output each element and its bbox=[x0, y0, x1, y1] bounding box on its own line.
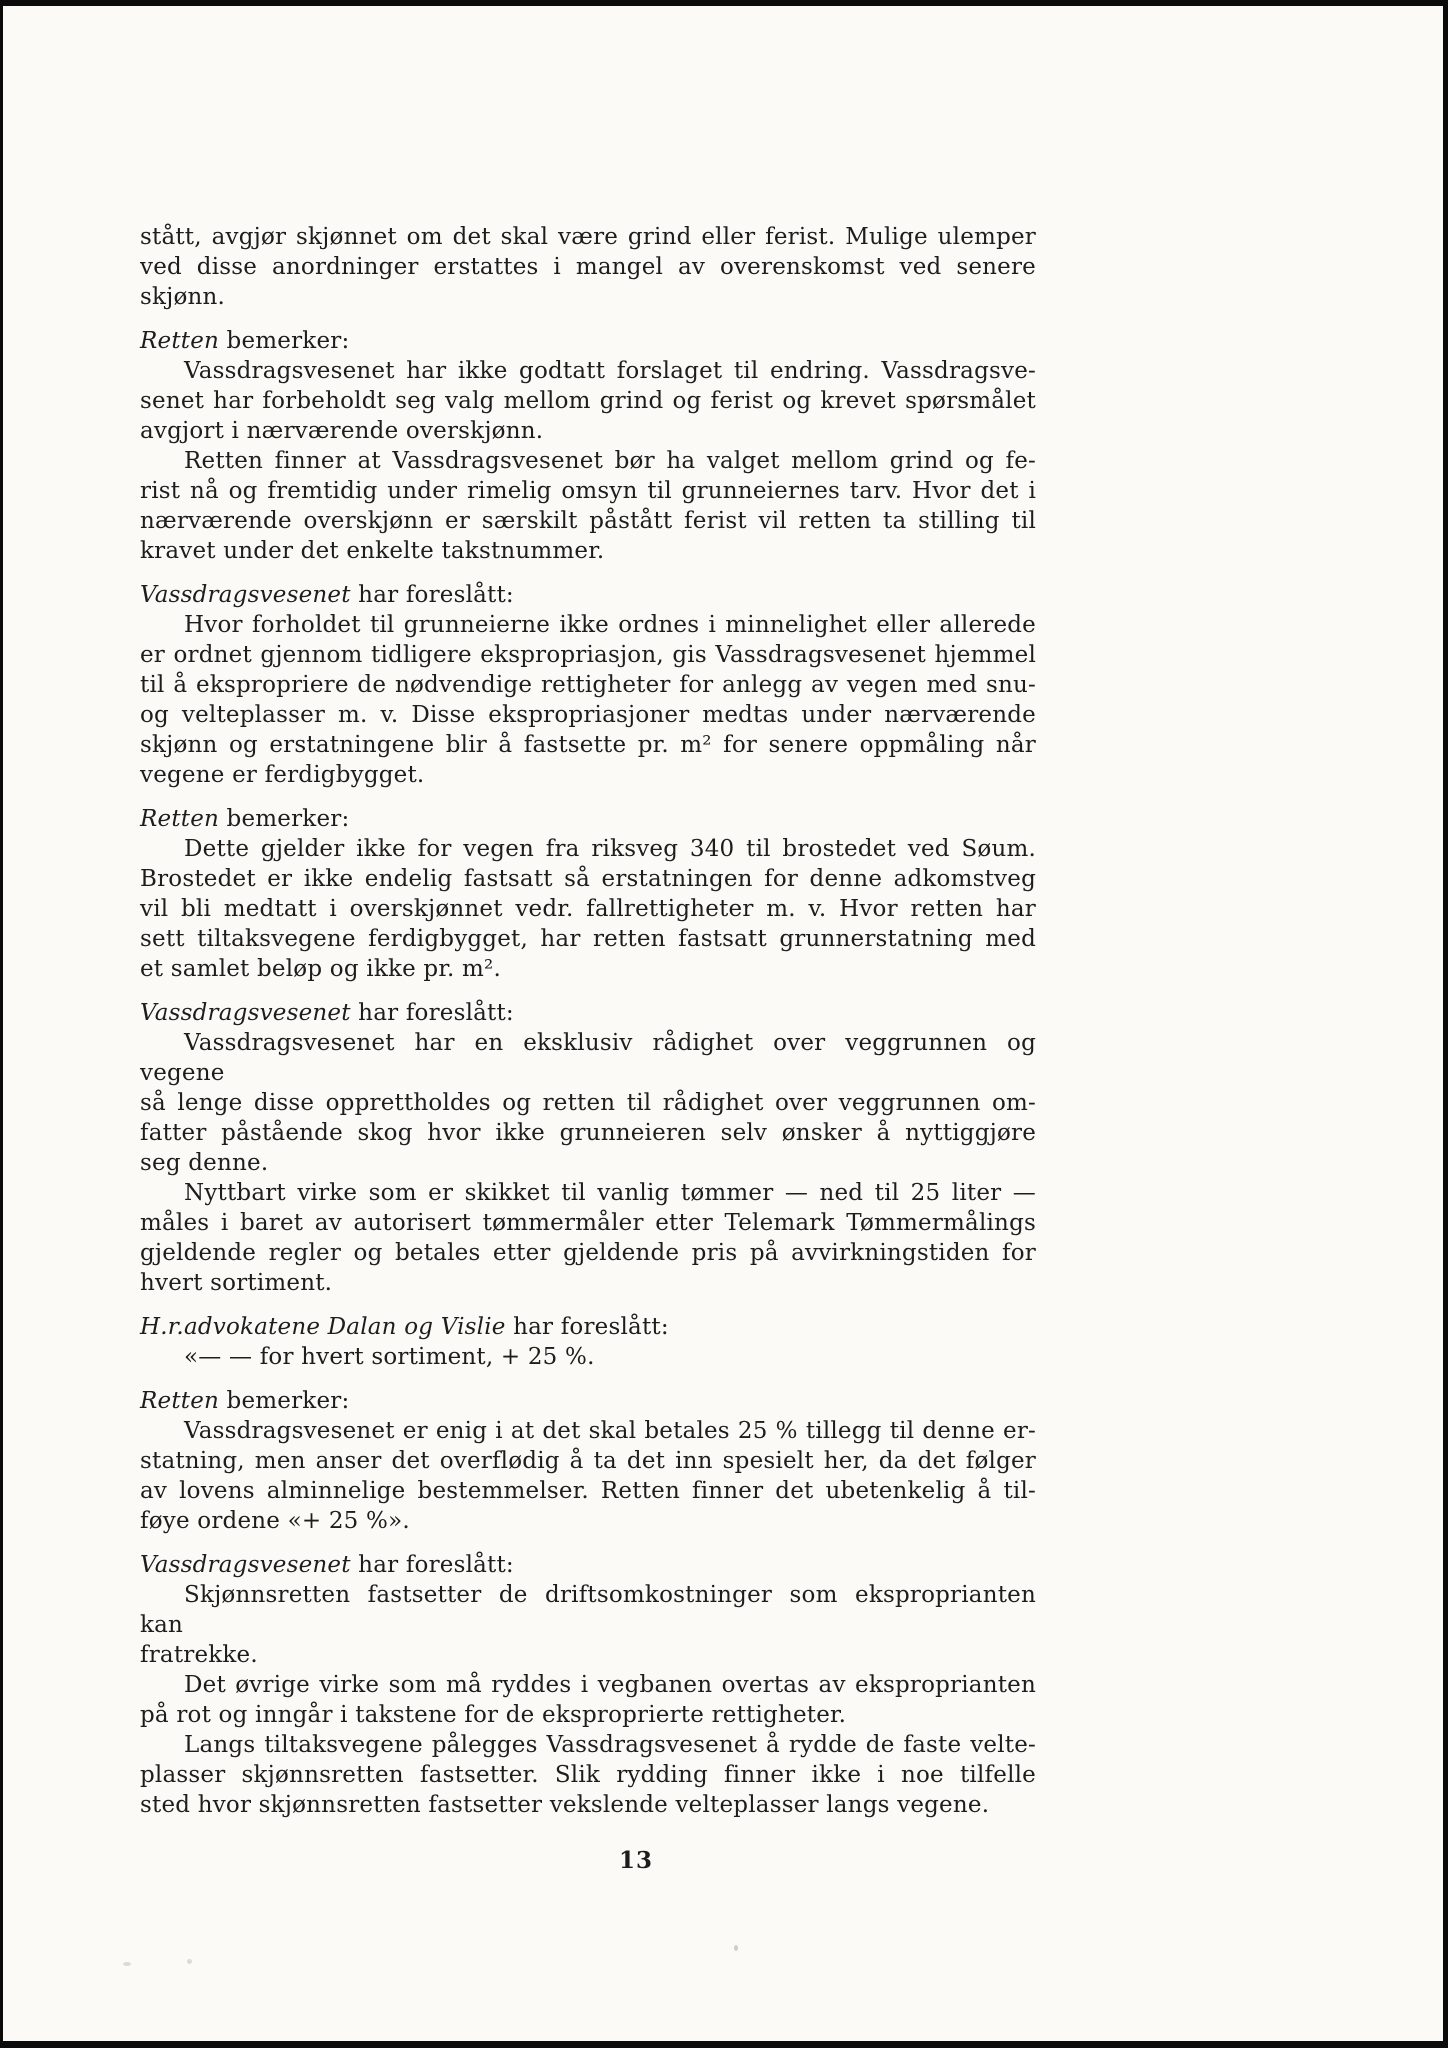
paragraph: Dette gjelder ikke for vegen fra riksveg… bbox=[140, 834, 1036, 984]
heading-verb: har foreslått: bbox=[351, 1000, 514, 1026]
text-line: Vassdragsvesenet har ikke godtatt forsla… bbox=[140, 356, 1036, 386]
scan-speck bbox=[187, 1959, 192, 1964]
text-line: er ordnet gjennom tidligere ekspropriasj… bbox=[140, 640, 1036, 670]
paragraph: Det øvrige virke som må ryddes i vegbane… bbox=[140, 1670, 1036, 1730]
text-line: avgjort i nærværende overskjønn. bbox=[140, 416, 1036, 446]
paragraph: Hvor forholdet til grunneierne ikke ordn… bbox=[140, 610, 1036, 790]
text-line: Langs tiltaksvegene pålegges Vassdragsve… bbox=[140, 1730, 1036, 1760]
heading-party-name: Vassdragsvesenet bbox=[140, 1552, 351, 1578]
scan-border-left bbox=[0, 0, 3, 2048]
text-line: av lovens alminnelige bestemmelser. Rett… bbox=[140, 1476, 1036, 1506]
text-line: Dette gjelder ikke for vegen fra riksveg… bbox=[140, 834, 1036, 864]
paragraph: Langs tiltaksvegene pålegges Vassdragsve… bbox=[140, 1730, 1036, 1820]
paragraph: Skjønnsretten fastsetter de driftsomkost… bbox=[140, 1580, 1036, 1670]
text-line: Retten finner at Vassdragsvesenet bør ha… bbox=[140, 446, 1036, 476]
text-line: stått, avgjør skjønnet om det skal være … bbox=[140, 222, 1036, 252]
text-line: og velteplasser m. v. Disse ekspropriasj… bbox=[140, 700, 1036, 730]
paragraph: stått, avgjør skjønnet om det skal være … bbox=[140, 222, 1036, 312]
heading-verb: bemerker: bbox=[219, 328, 349, 354]
text-line: Skjønnsretten fastsetter de driftsomkost… bbox=[140, 1580, 1036, 1640]
text-line: Nyttbart virke som er skikket til vanlig… bbox=[140, 1178, 1036, 1208]
text-line: gjeldende regler og betales etter gjelde… bbox=[140, 1238, 1036, 1268]
text-line: nærværende overskjønn er særskilt påståt… bbox=[140, 506, 1036, 536]
heading-party-name: Vassdragsvesenet bbox=[140, 1000, 351, 1026]
section-heading: Vassdragsvesenet har foreslått: bbox=[140, 1550, 1036, 1580]
text-line: vegene er ferdigbygget. bbox=[140, 760, 1036, 790]
paragraph: Retten finner at Vassdragsvesenet bør ha… bbox=[140, 446, 1036, 566]
text-line: rist nå og fremtidig under rimelig omsyn… bbox=[140, 476, 1036, 506]
page-number: 13 bbox=[188, 1846, 1084, 1876]
text-line: sted hvor skjønnsretten fastsetter veksl… bbox=[140, 1790, 1036, 1820]
scanned-document-page: stått, avgjør skjønnet om det skal være … bbox=[0, 0, 1448, 2048]
text-line: til å ekspropriere de nødvendige rettigh… bbox=[140, 670, 1036, 700]
scan-speck bbox=[123, 1962, 131, 1966]
text-line: plasser skjønnsretten fastsetter. Slik r… bbox=[140, 1760, 1036, 1790]
section-heading: Retten bemerker: bbox=[140, 326, 1036, 356]
paragraph: Vassdragsvesenet har en eksklusiv rådigh… bbox=[140, 1028, 1036, 1178]
text-line: vil bli medtatt i overskjønnet vedr. fal… bbox=[140, 894, 1036, 924]
text-line: skjønn. bbox=[140, 282, 1036, 312]
text-line: kravet under det enkelte takstnummer. bbox=[140, 536, 1036, 566]
text-line: fratrekke. bbox=[140, 1640, 1036, 1670]
paragraph: Vassdragsvesenet har ikke godtatt forsla… bbox=[140, 356, 1036, 446]
paragraph: Vassdragsvesenet er enig i at det skal b… bbox=[140, 1416, 1036, 1536]
text-line: hvert sortiment. bbox=[140, 1268, 1036, 1298]
heading-party-name: Retten bbox=[140, 806, 219, 832]
text-line: føye ordene «+ 25 %». bbox=[140, 1506, 1036, 1536]
section-heading: Vassdragsvesenet har foreslått: bbox=[140, 998, 1036, 1028]
text-line: Det øvrige virke som må ryddes i vegbane… bbox=[140, 1670, 1036, 1700]
heading-verb: har foreslått: bbox=[351, 582, 514, 608]
text-line: statning, men anser det overflødig å ta … bbox=[140, 1446, 1036, 1476]
text-line: et samlet beløp og ikke pr. m². bbox=[140, 954, 1036, 984]
heading-verb: bemerker: bbox=[219, 1388, 349, 1414]
text-line: Vassdragsvesenet har en eksklusiv rådigh… bbox=[140, 1028, 1036, 1088]
section-heading: Vassdragsvesenet har foreslått: bbox=[140, 580, 1036, 610]
heading-party-name: Retten bbox=[140, 328, 219, 354]
heading-party-name: H.r.advokatene Dalan og Vislie bbox=[140, 1314, 506, 1340]
text-line: seg denne. bbox=[140, 1148, 1036, 1178]
text-line: ved disse anordninger erstattes i mangel… bbox=[140, 252, 1036, 282]
heading-verb: bemerker: bbox=[219, 806, 349, 832]
text-block: stått, avgjør skjønnet om det skal være … bbox=[140, 222, 1036, 1876]
heading-verb: har foreslått: bbox=[506, 1314, 669, 1340]
scan-border-top bbox=[0, 0, 1448, 6]
text-line: fatter påstående skog hvor ikke grunneie… bbox=[140, 1118, 1036, 1148]
text-line: skjønn og erstatningene blir å fastsette… bbox=[140, 730, 1036, 760]
text-line: Hvor forholdet til grunneierne ikke ordn… bbox=[140, 610, 1036, 640]
text-line: Brostedet er ikke endelig fastsatt så er… bbox=[140, 864, 1036, 894]
text-line: Vassdragsvesenet er enig i at det skal b… bbox=[140, 1416, 1036, 1446]
text-line: senet har forbeholdt seg valg mellom gri… bbox=[140, 386, 1036, 416]
paragraph: «— — for hvert sortiment, + 25 %. bbox=[140, 1342, 1036, 1372]
heading-verb: har foreslått: bbox=[351, 1552, 514, 1578]
text-line: måles i baret av autorisert tømmermåler … bbox=[140, 1208, 1036, 1238]
heading-party-name: Vassdragsvesenet bbox=[140, 582, 351, 608]
text-line: på rot og inngår i takstene for de ekspr… bbox=[140, 1700, 1036, 1730]
heading-party-name: Retten bbox=[140, 1388, 219, 1414]
scan-border-right bbox=[1443, 0, 1448, 2048]
text-line: sett tiltaksvegene ferdigbygget, har ret… bbox=[140, 924, 1036, 954]
text-line: så lenge disse opprettholdes og retten t… bbox=[140, 1088, 1036, 1118]
scan-border-bottom bbox=[0, 2041, 1448, 2048]
text-line: «— — for hvert sortiment, + 25 %. bbox=[140, 1342, 1036, 1372]
section-heading: H.r.advokatene Dalan og Vislie har fores… bbox=[140, 1312, 1036, 1342]
section-heading: Retten bemerker: bbox=[140, 804, 1036, 834]
section-heading: Retten bemerker: bbox=[140, 1386, 1036, 1416]
paragraph: Nyttbart virke som er skikket til vanlig… bbox=[140, 1178, 1036, 1298]
scan-speck bbox=[734, 1945, 738, 1951]
